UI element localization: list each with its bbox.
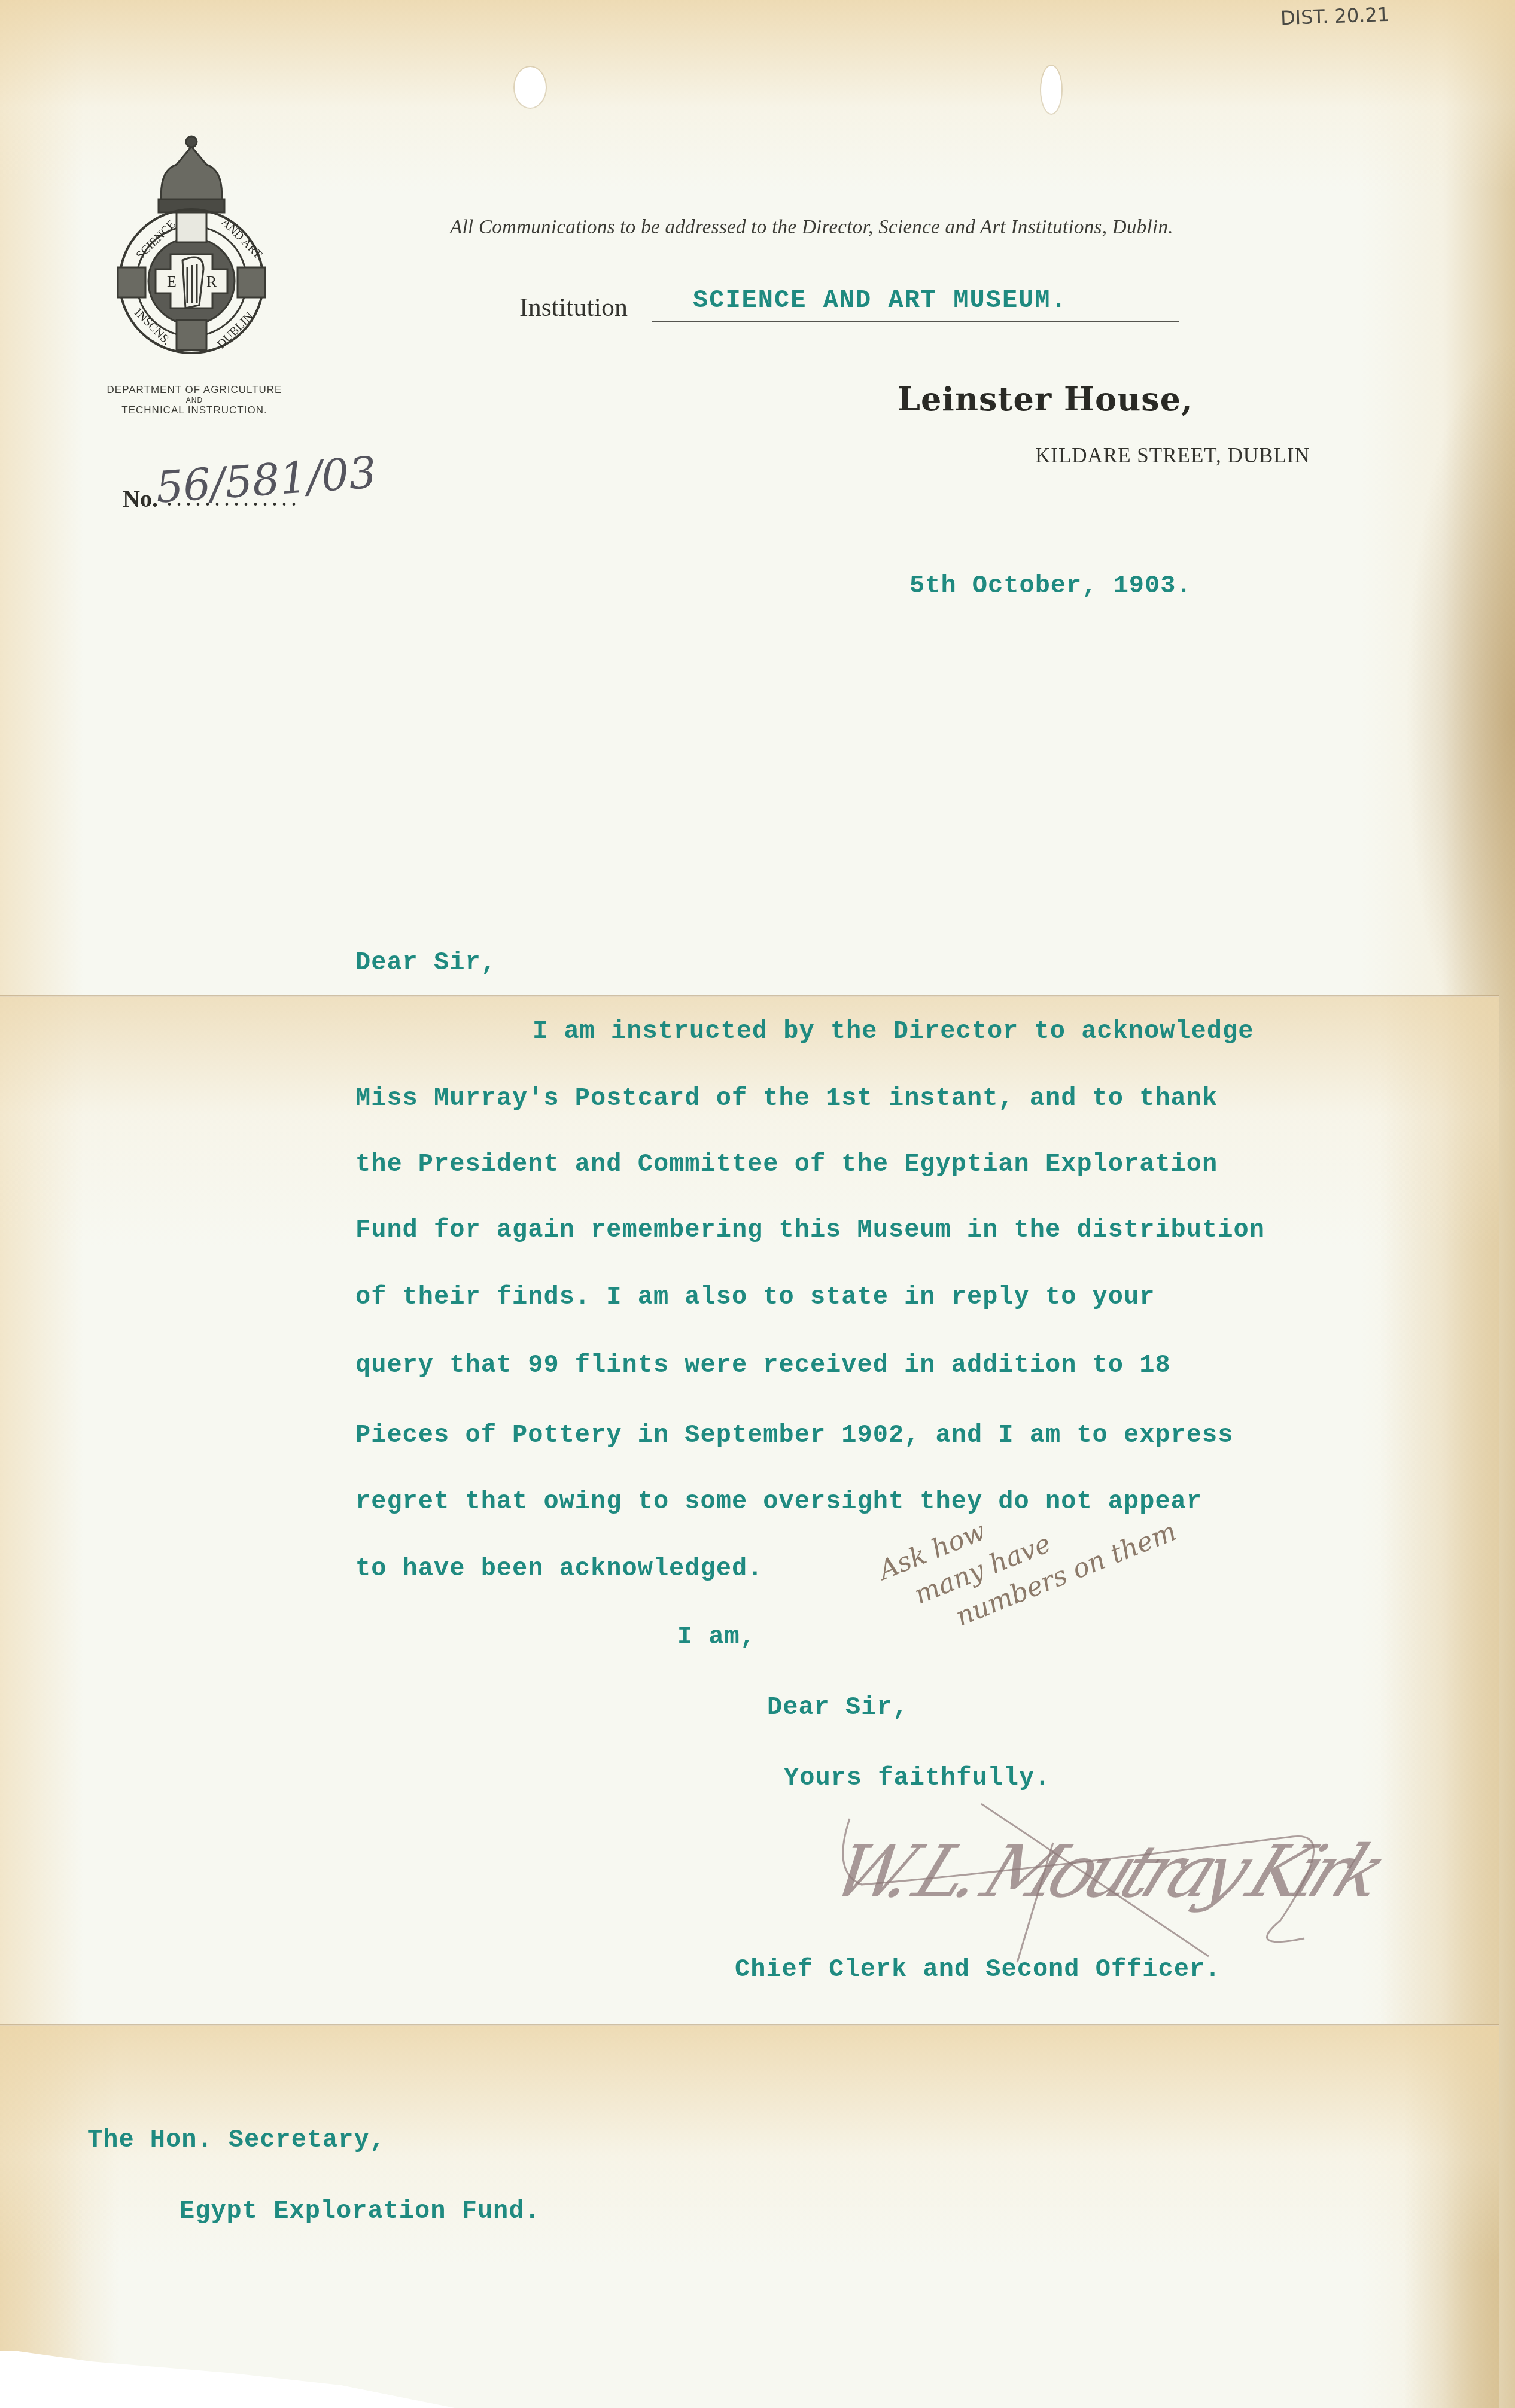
signatory-title: Chief Clerk and Second Officer. xyxy=(735,1955,1221,1984)
body-line: Miss Murray's Postcard of the 1st instan… xyxy=(355,1084,1218,1113)
punch-hole-left xyxy=(515,67,546,108)
body-line: the President and Committee of the Egypt… xyxy=(355,1150,1218,1179)
letter-date: 5th October, 1903. xyxy=(909,571,1192,600)
department-line-1: DEPARTMENT OF AGRICULTURE xyxy=(107,384,282,395)
closing-dear-sir: Dear Sir, xyxy=(767,1693,908,1722)
archive-mark: DIST. 20.21 xyxy=(1280,3,1389,29)
institution-label: Institution xyxy=(519,292,628,322)
body-line: to have been acknowledged. xyxy=(355,1554,763,1583)
royal-crest-icon: E R SCIENCE AND ART INSCNS. DUBLIN. xyxy=(105,129,278,368)
closing-i-am: I am, xyxy=(677,1622,756,1651)
punch-hole-right xyxy=(1041,66,1061,114)
institution-value: SCIENCE AND ART MUSEUM. xyxy=(693,286,1067,315)
body-line: of their finds. I am also to state in re… xyxy=(355,1283,1155,1311)
body-line: Pieces of Pottery in September 1902, and… xyxy=(355,1421,1233,1450)
body-line: Fund for again remembering this Museum i… xyxy=(355,1216,1265,1244)
closing-yours-faithfully: Yours faithfully. xyxy=(784,1764,1050,1792)
communications-note: All Communications to be addressed to th… xyxy=(450,217,1173,239)
fold-line-upper xyxy=(0,995,1499,997)
fold-line-lower xyxy=(0,2024,1499,2026)
signature: W. L. Moutray Kirk xyxy=(821,1831,1391,1914)
svg-text:E: E xyxy=(167,273,177,290)
department-name: DEPARTMENT OF AGRICULTURE AND TECHNICAL … xyxy=(90,384,299,416)
addressee-line-2: Egypt Exploration Fund. xyxy=(180,2197,540,2226)
department-and: AND xyxy=(90,396,299,404)
addressee-line-1: The Hon. Secretary, xyxy=(87,2126,385,2154)
svg-text:R: R xyxy=(206,273,217,290)
reference-label: No. xyxy=(123,485,158,513)
address-house: Leinster House, xyxy=(898,380,1193,418)
body-line: query that 99 flints were received in ad… xyxy=(355,1351,1171,1380)
department-line-2: TECHNICAL INSTRUCTION. xyxy=(121,404,267,416)
institution-underline xyxy=(652,321,1179,322)
address-street: KILDARE STREET, DUBLIN xyxy=(1035,444,1310,468)
salutation: Dear Sir, xyxy=(355,948,497,977)
body-line: I am instructed by the Director to ackno… xyxy=(533,1017,1254,1046)
